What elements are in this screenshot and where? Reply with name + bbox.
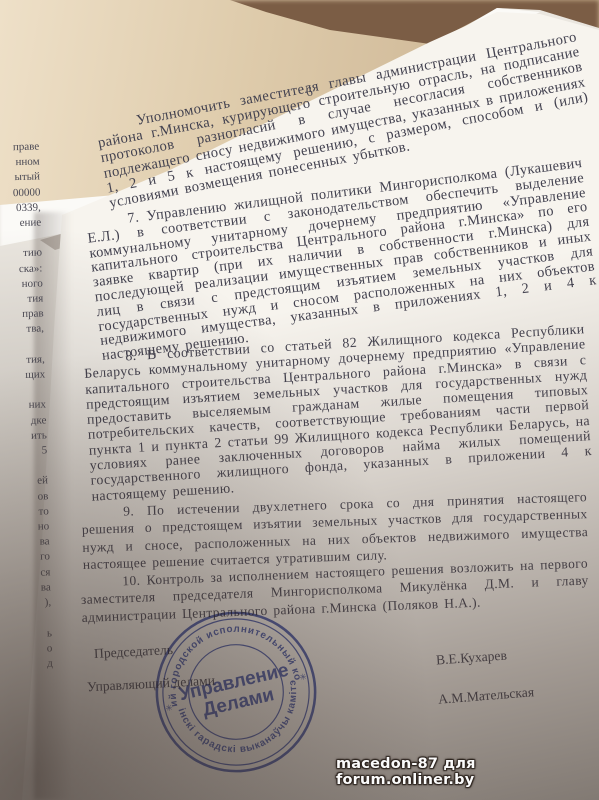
edge-text-fragment: тва, — [26, 322, 44, 338]
edge-text-fragment: то — [38, 504, 49, 519]
edge-text-fragment: тию — [23, 246, 42, 262]
edge-text-fragment: ного — [21, 276, 43, 292]
edge-text-fragment: ь — [47, 626, 52, 641]
edge-text-fragment: ить — [31, 428, 47, 444]
edge-text-fragment: 5 — [41, 443, 47, 458]
edge-text-fragment: ), — [45, 595, 52, 610]
edge-text-fragment: д — [47, 656, 53, 671]
edge-text-fragment: ска»: — [19, 261, 43, 277]
edge-text-fragment — [41, 337, 44, 352]
edge-text-fragment — [39, 231, 42, 246]
edge-text-fragment: щих — [25, 367, 45, 383]
edge-text-fragment — [43, 383, 46, 398]
edge-text-fragment: го — [40, 550, 50, 565]
edge-text-fragment: тия, — [26, 352, 45, 368]
edge-text-fragment: ва — [41, 580, 51, 595]
edge-text-fragment: дке — [31, 413, 47, 429]
watermark-credit: macedon-87 для forum.onliner.by — [336, 756, 599, 788]
edge-text-fragment: 0339, — [16, 200, 41, 216]
edge-text-fragment: ся — [40, 565, 50, 580]
edge-text-fragment: о — [47, 641, 53, 656]
paragraph-8: 8. В соответствии со статьей 82 Жилищног… — [83, 322, 593, 504]
edge-text-fragment: но — [38, 519, 50, 534]
edge-text-fragment: ей — [37, 474, 48, 489]
edge-text-fragment: ение — [19, 216, 41, 232]
edge-text-fragment: 00000 — [13, 185, 41, 201]
edge-text-fragment — [49, 611, 52, 626]
edge-text-fragment: праве — [13, 140, 40, 156]
edge-text-fragment: них — [29, 398, 47, 414]
edge-text-fragment: ытый — [14, 170, 40, 186]
edge-text-fragment: ва — [39, 535, 49, 550]
edge-text-fragment: ов — [37, 489, 48, 504]
edge-text-fragment: нном — [15, 155, 39, 171]
edge-text-fragment — [45, 459, 48, 474]
edge-text-fragment: прав — [22, 307, 44, 323]
document-photo: правенномытый000000339,ение тиюска»:ного… — [0, 0, 599, 800]
edge-text-fragment: тия — [27, 291, 43, 307]
